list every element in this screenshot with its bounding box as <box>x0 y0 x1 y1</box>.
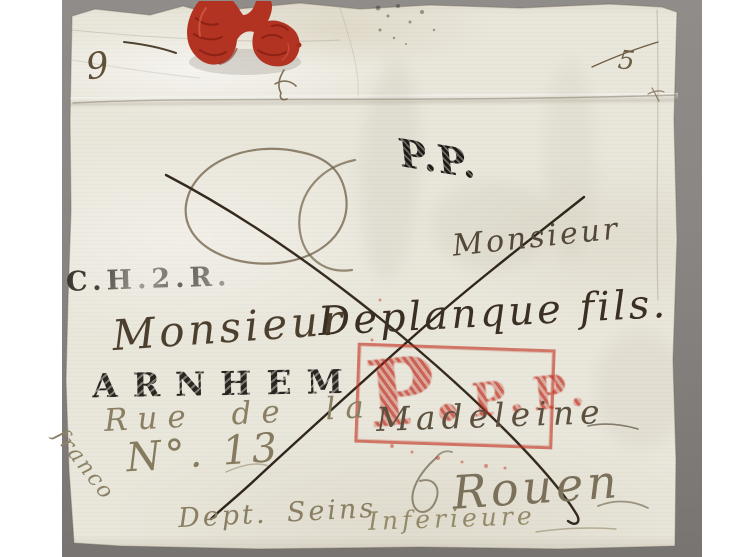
pen-tick-right-edge <box>648 88 664 101</box>
pen-dash-top-left <box>124 42 176 53</box>
letter-photo: P.P. C.H.2.R. ARNHEM P.P.P. 9 5 franco M… <box>0 0 740 557</box>
paper-creases <box>72 8 676 300</box>
address-street-right: Madeleine <box>375 392 606 439</box>
pen-squiggle-below-seal <box>275 70 296 100</box>
address-department-right: Inferieure <box>368 501 537 536</box>
scribble-loops <box>186 149 355 271</box>
dirt-speckles <box>376 4 436 45</box>
manuscript-rate-right: 5 <box>616 45 636 77</box>
chr-origin-stamp: C.H.2.R. <box>66 261 232 298</box>
